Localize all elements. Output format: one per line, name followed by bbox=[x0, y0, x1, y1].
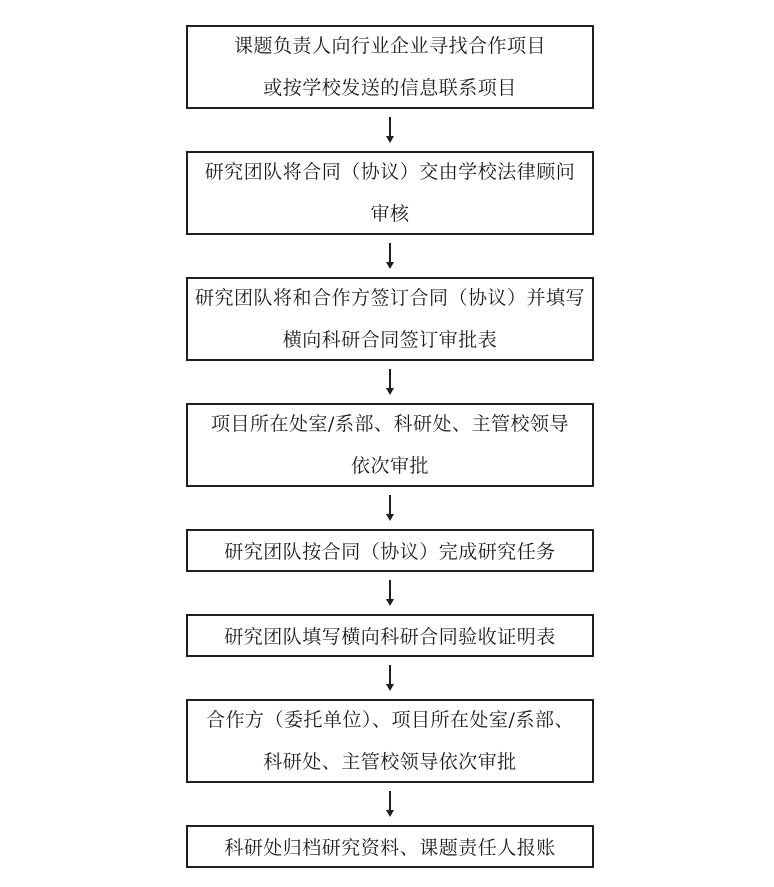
down-arrow-icon bbox=[386, 783, 394, 825]
flow-step-3: 研究团队将和合作方签订合同（协议）并填写 横向科研合同签订审批表 bbox=[186, 277, 594, 361]
flow-step-text: 审核 bbox=[370, 193, 409, 235]
flow-step-8: 科研处归档研究资料、课题责任人报账 bbox=[186, 825, 594, 868]
flow-step-text: 研究团队填写横向科研合同验收证明表 bbox=[224, 622, 556, 649]
flow-step-5: 研究团队按合同（协议）完成研究任务 bbox=[186, 529, 594, 572]
flow-step-text: 研究团队将合同（协议）交由学校法律顾问 bbox=[205, 151, 576, 193]
flow-step-7: 合作方（委托单位）、项目所在处室/系部、 科研处、主管校领导依次审批 bbox=[186, 699, 594, 783]
down-arrow-icon bbox=[386, 361, 394, 403]
flow-step-text: 横向科研合同签订审批表 bbox=[283, 319, 498, 361]
down-arrow-icon bbox=[386, 487, 394, 529]
flowchart-column: 课题负责人向行业企业寻找合作项目 或按学校发送的信息联系项目 研究团队将合同（协… bbox=[186, 25, 594, 868]
flow-step-text: 科研处、主管校领导依次审批 bbox=[263, 741, 517, 783]
down-arrow-icon bbox=[386, 109, 394, 151]
flow-step-4: 项目所在处室/系部、科研处、主管校领导 依次审批 bbox=[186, 403, 594, 487]
down-arrow-icon bbox=[386, 657, 394, 699]
flow-step-text: 科研处归档研究资料、课题责任人报账 bbox=[224, 833, 556, 860]
flow-step-text: 项目所在处室/系部、科研处、主管校领导 bbox=[211, 403, 569, 445]
down-arrow-icon bbox=[386, 572, 394, 614]
flow-step-1: 课题负责人向行业企业寻找合作项目 或按学校发送的信息联系项目 bbox=[186, 25, 594, 109]
flow-step-6: 研究团队填写横向科研合同验收证明表 bbox=[186, 614, 594, 657]
flow-step-text: 研究团队将和合作方签订合同（协议）并填写 bbox=[195, 277, 585, 319]
flow-step-text: 或按学校发送的信息联系项目 bbox=[263, 67, 517, 109]
flowchart-page: 课题负责人向行业企业寻找合作项目 或按学校发送的信息联系项目 研究团队将合同（协… bbox=[0, 0, 774, 887]
flow-step-text: 研究团队按合同（协议）完成研究任务 bbox=[224, 537, 556, 564]
flow-step-text: 合作方（委托单位）、项目所在处室/系部、 bbox=[206, 699, 574, 741]
down-arrow-icon bbox=[386, 235, 394, 277]
flow-step-text: 课题负责人向行业企业寻找合作项目 bbox=[234, 25, 546, 67]
flow-step-2: 研究团队将合同（协议）交由学校法律顾问 审核 bbox=[186, 151, 594, 235]
flow-step-text: 依次审批 bbox=[351, 445, 429, 487]
